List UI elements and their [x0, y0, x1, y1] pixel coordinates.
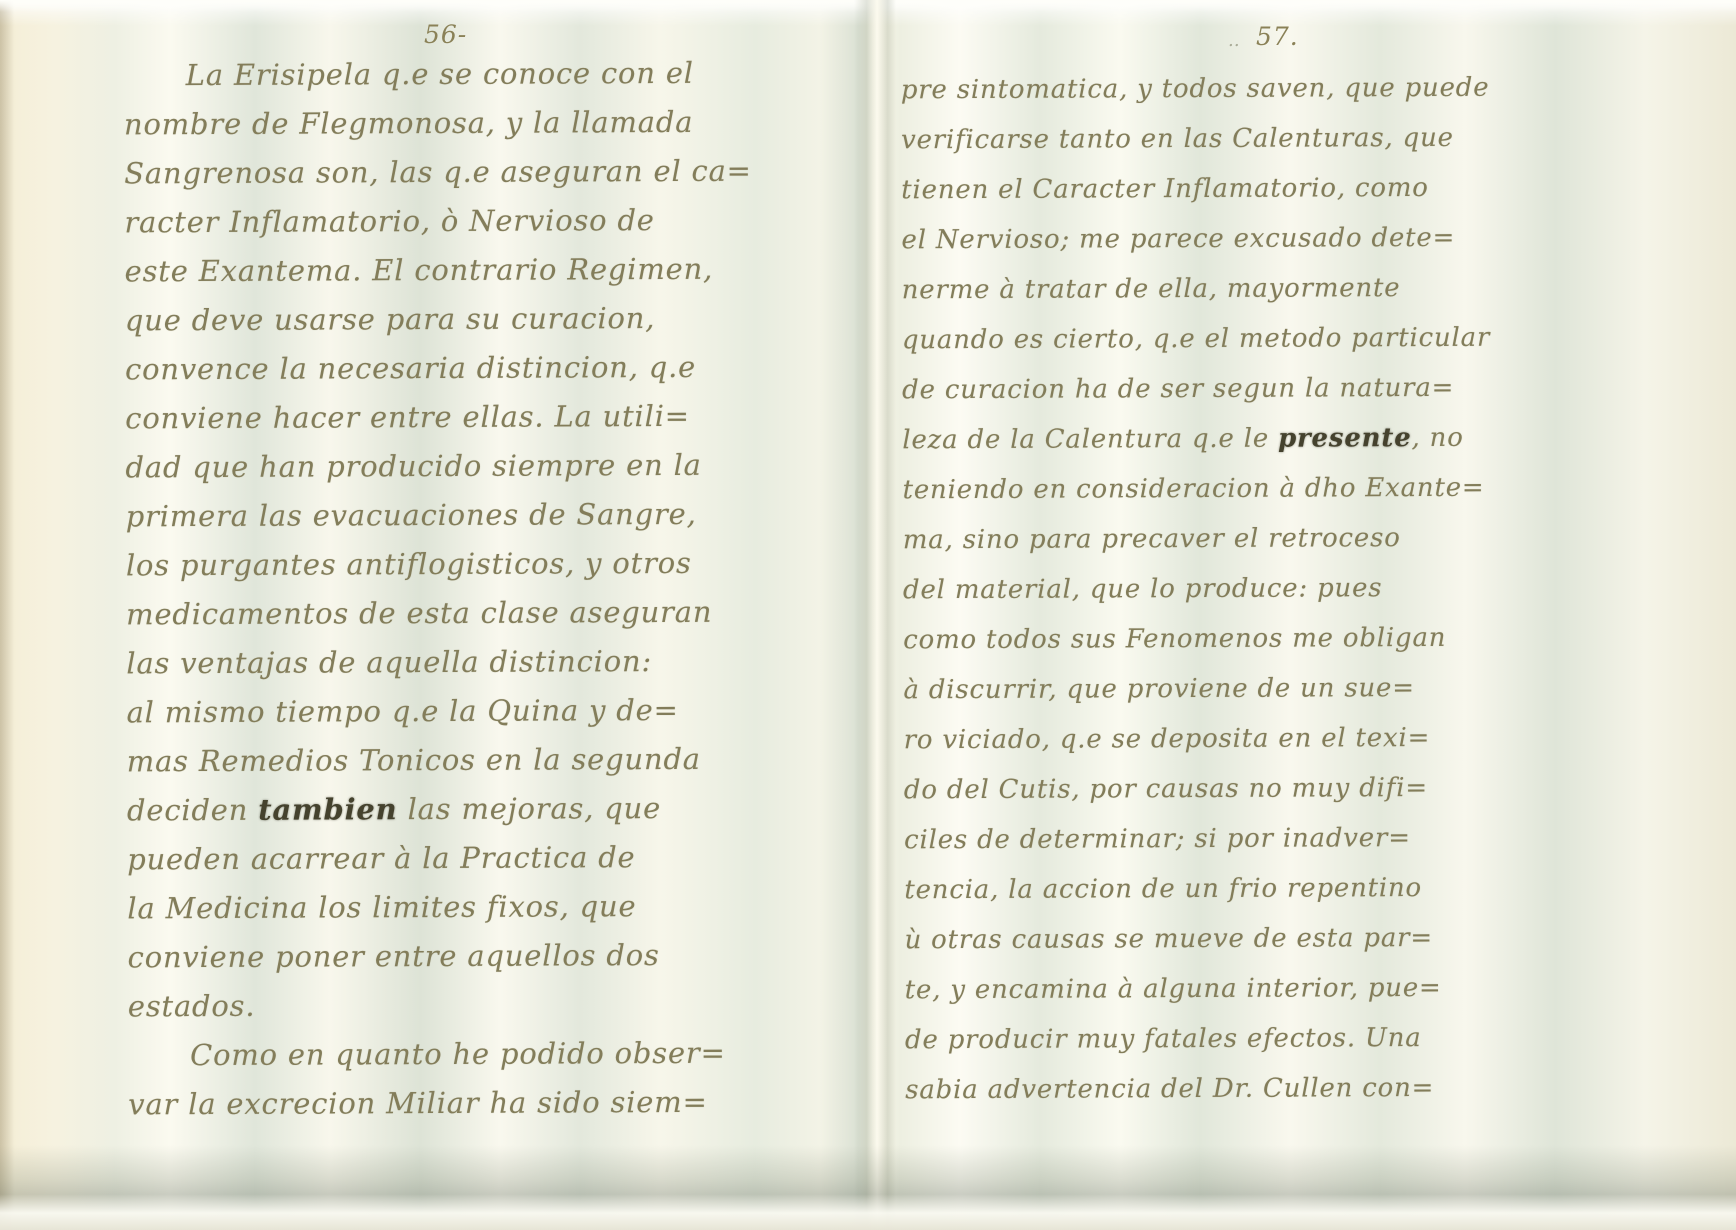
handwriting-segment: verificarse tanto en las Calenturas, que [901, 123, 1454, 155]
manuscript-line: Como en quanto he podido obser= [128, 1029, 756, 1081]
handwriting-segment: estados. [128, 989, 256, 1024]
handwriting-segment: var la excrecion Miliar ha sido siem= [128, 1085, 708, 1122]
handwriting-segment: nerme à tratar de ella, mayormente [902, 273, 1401, 305]
manuscript-line: la Medicina los limites fixos, que [127, 882, 755, 934]
handwriting-segment: quando es cierto, q.e el metodo particul… [902, 323, 1490, 356]
handwriting-segment: sabia advertencia del Dr. Cullen con= [905, 1073, 1434, 1105]
manuscript-line: deciden tambien las mejoras, que [127, 784, 755, 836]
manuscript-line: var la excrecion Miliar ha sido siem= [128, 1078, 756, 1130]
manuscript-line: del material, que lo produce: pues [903, 563, 1492, 616]
manuscript-line: Sangrenosa son, las q.e aseguran el ca= [124, 147, 752, 199]
handwriting-segment: ù otras causas se mueve de esta par= [904, 923, 1433, 955]
page-number-left: 56- [424, 20, 467, 49]
handwriting-segment: conviene hacer entre ellas. La utili= [125, 399, 690, 435]
handwriting-segment: mas Remedios Tonicos en la segunda [127, 742, 701, 779]
handwriting-segment: racter Inflamatorio, ò Nervioso de [124, 203, 654, 239]
handwriting-segment: medicamentos de esta clase aseguran [126, 595, 712, 632]
handwriting-segment: de curacion ha de ser segun la natura= [902, 373, 1454, 405]
handwriting-segment: este Exantema. El contrario Regimen, [125, 252, 714, 289]
manuscript-line: ro viciado, q.e se deposita en el texi= [904, 713, 1493, 766]
handwriting-segment: ro viciado, q.e se deposita en el texi= [904, 723, 1431, 755]
manuscript-line: teniendo en consideracion à dho Exante= [902, 463, 1491, 516]
manuscript-line: estados. [128, 980, 756, 1032]
handwriting-segment: conviene poner entre aquellos dos [128, 938, 660, 974]
manuscript-line: ù otras causas se mueve de esta par= [904, 913, 1493, 966]
manuscript-line: pueden acarrear à la Practica de [127, 833, 755, 885]
handwriting-segment: las ventajas de aquella distincion: [126, 644, 652, 680]
page-bottom-edge-shadow [0, 1145, 1736, 1230]
manuscript-line: los purgantes antiflogisticos, y otros [126, 539, 754, 591]
handwriting-segment: pueden acarrear à la Practica de [127, 840, 635, 876]
manuscript-line: ma, sino para precaver el retroceso [903, 513, 1492, 566]
manuscript-line: verificarse tanto en las Calenturas, que [901, 113, 1490, 166]
handwriting-segment: Sangrenosa son, las q.e aseguran el ca= [124, 154, 752, 191]
handwriting-segment: te, y encamina à alguna interior, pue= [905, 973, 1442, 1005]
handwriting-segment: dad que han producido siempre en la [125, 448, 701, 485]
manuscript-line: conviene hacer entre ellas. La utili= [125, 392, 753, 444]
handwriting-segment: nombre de Flegmonosa, y la llamada [124, 105, 693, 141]
center-binding-fold [854, 0, 896, 1230]
handwriting-segment: que deve usarse para su curacion, [125, 301, 656, 337]
manuscript-line: como todos sus Fenomenos me obligan [903, 613, 1492, 666]
manuscript-line: pre sintomatica, y todos saven, que pued… [901, 63, 1490, 116]
manuscript-line: racter Inflamatorio, ò Nervioso de [124, 196, 752, 248]
handwriting-segment: , no [1411, 423, 1463, 453]
handwriting-segment: tencia, la accion de un frio repentino [904, 873, 1422, 905]
manuscript-line: ciles de determinar; si por inadver= [904, 813, 1493, 866]
handwriting-segment: al mismo tiempo q.e la Quina y de= [126, 693, 678, 729]
handwriting-segment: leza de la Calentura q.e le [902, 424, 1278, 456]
manuscript-line: quando es cierto, q.e el metodo particul… [902, 313, 1491, 366]
handwriting-segment: ma, sino para precaver el retroceso [903, 523, 1401, 555]
handwriting-segment: convence la necesaria distincion, q.e [125, 350, 696, 386]
page-right-body: pre sintomatica, y todos saven, que pued… [901, 63, 1494, 1116]
manuscript-line: te, y encamina à alguna interior, pue= [905, 963, 1494, 1016]
manuscript-line: sabia advertencia del Dr. Cullen con= [905, 1063, 1494, 1116]
manuscript-scan: 56- .․ 57. La Erisipela q.e se conoce co… [0, 0, 1736, 1230]
handwriting-segment: primera las evacuaciones de Sangre, [126, 497, 697, 533]
manuscript-line: tienen el Caracter Inflamatorio, como [901, 163, 1490, 216]
manuscript-line: à discurrir, que proviene de un sue= [903, 663, 1492, 716]
manuscript-line: que deve usarse para su curacion, [125, 294, 753, 346]
handwriting-segment: teniendo en consideracion à dho Exante= [903, 473, 1485, 506]
overwritten-dark-word: tambien [258, 792, 397, 827]
handwriting-segment: la Medicina los limites fixos, que [127, 889, 636, 925]
manuscript-line: convence la necesaria distincion, q.e [125, 343, 753, 395]
manuscript-line: tencia, la accion de un frio repentino [904, 863, 1493, 916]
manuscript-line: nombre de Flegmonosa, y la llamada [124, 98, 752, 150]
handwriting-segment: pre sintomatica, y todos saven, que pued… [901, 73, 1490, 106]
manuscript-line: este Exantema. El contrario Regimen, [125, 245, 753, 297]
manuscript-line: al mismo tiempo q.e la Quina y de= [126, 686, 754, 738]
manuscript-line: medicamentos de esta clase aseguran [126, 588, 754, 640]
handwriting-segment: do del Cutis, por causas no muy difi= [904, 773, 1428, 805]
manuscript-line: leza de la Calentura q.e le presente, no [902, 413, 1491, 466]
handwriting-segment: las mejoras, que [397, 791, 661, 826]
manuscript-line: dad que han producido siempre en la [125, 441, 753, 493]
scan-left-edge-shadow [0, 0, 14, 1230]
handwriting-segment: del material, que lo produce: pues [903, 573, 1383, 605]
handwriting-segment: La Erisipela q.e se conoce con el [186, 56, 694, 92]
handwriting-segment: à discurrir, que proviene de un sue= [903, 673, 1414, 705]
manuscript-line: do del Cutis, por causas no muy difi= [904, 763, 1493, 816]
manuscript-line: las ventajas de aquella distincion: [126, 637, 754, 689]
handwriting-segment: como todos sus Fenomenos me obligan [903, 623, 1446, 655]
manuscript-line: La Erisipela q.e se conoce con el [124, 49, 752, 101]
manuscript-line: conviene poner entre aquellos dos [127, 931, 755, 983]
handwriting-segment: tienen el Caracter Inflamatorio, como [901, 173, 1429, 205]
overwritten-dark-word: presente [1278, 423, 1412, 454]
handwriting-segment: deciden [127, 793, 258, 828]
manuscript-line: nerme à tratar de ella, mayormente [902, 263, 1491, 316]
manuscript-line: de curacion ha de ser segun la natura= [902, 363, 1491, 416]
manuscript-line: primera las evacuaciones de Sangre, [126, 490, 754, 542]
manuscript-line: de producir muy fatales efectos. Una [905, 1013, 1494, 1066]
handwriting-segment: ciles de determinar; si por inadver= [904, 823, 1411, 855]
handwriting-segment: el Nervioso; me parece excusado dete= [901, 223, 1455, 255]
handwriting-segment: Como en quanto he podido obser= [190, 1036, 726, 1072]
handwriting-segment: de producir muy fatales efectos. Una [905, 1023, 1422, 1055]
ink-smudge-mark: .․ [1228, 30, 1240, 51]
page-left-body: La Erisipela q.e se conoce con elnombre … [124, 49, 756, 1130]
handwriting-segment: los purgantes antiflogisticos, y otros [126, 546, 692, 582]
manuscript-line: el Nervioso; me parece excusado dete= [901, 213, 1490, 266]
manuscript-line: mas Remedios Tonicos en la segunda [127, 735, 755, 787]
page-number-right: 57. [1256, 22, 1299, 51]
